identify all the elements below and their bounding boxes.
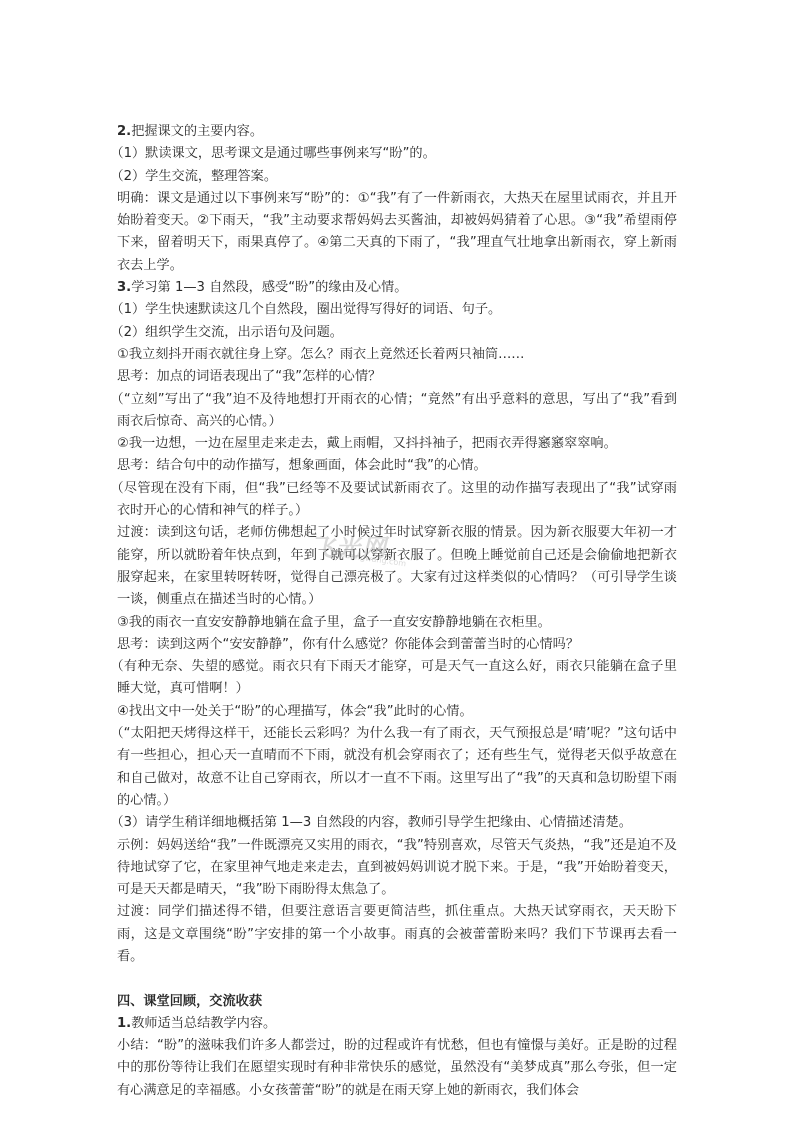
- section-heading: 四、课堂回顾，交流收获: [117, 991, 677, 1013]
- paragraph: （有种无奈、失望的感觉。雨衣只有下雨天才能穿，可是天气一直这么好，雨衣只能躺在盒…: [117, 656, 677, 701]
- paragraph: ②我一边想，一边在屋里走来走去，戴上雨帽，又抖抖袖子，把雨衣弄得窸窸窣窣响。: [117, 433, 677, 455]
- paragraph: 明确：课文是通过以下事例来写“盼”的：①“我”有了一件新雨衣，大热天在屋里试雨衣…: [117, 188, 677, 277]
- paragraph: ①我立刻抖开雨衣就往身上穿。怎么？雨衣上竟然还长着两只袖筒……: [117, 344, 677, 366]
- paragraph: （尽管现在没有下雨，但“我”已经等不及要试试新雨衣了。这里的动作描写表现出了“我…: [117, 478, 677, 523]
- document-page: 2.把握课文的主要内容。 （1）默读课文，思考课文是通过哪些事例来写“盼”的。 …: [117, 121, 677, 1102]
- paragraph: （1）学生快速默读这几个自然段，圈出觉得写得好的词语、句子。: [117, 299, 677, 321]
- paragraph: 思考：结合句中的动作描写，想象画面，体会此时“我”的心情。: [117, 455, 677, 477]
- step-2-heading: 2.把握课文的主要内容。: [117, 121, 677, 143]
- paragraph: （“立刻”写出了“我”迫不及待地想打开雨衣的心情；“竟然”有出乎意料的意思，写出…: [117, 389, 677, 434]
- paragraph: （2）组织学生交流，出示语句及问题。: [117, 322, 677, 344]
- paragraph: 过渡：同学们描述得不错，但要注意语言要更简洁些，抓住重点。大热天试穿雨衣，天天盼…: [117, 901, 677, 968]
- paragraph: （“太阳把天烤得这样干，还能长云彩吗？为什么我一有了雨衣，天气预报总是‘晴’呢？…: [117, 723, 677, 812]
- paragraph: （1）默读课文，思考课文是通过哪些事例来写“盼”的。: [117, 143, 677, 165]
- step-3-heading: 3.学习第 1—3 自然段，感受“盼”的缘由及心情。: [117, 277, 677, 299]
- paragraph: （3）请学生稍详细地概括第 1—3 自然段的内容，教师引导学生把缘由、心情描述清…: [117, 812, 677, 834]
- step-1-heading: 1.教师适当总结教学内容。: [117, 1013, 677, 1035]
- paragraph: 小结：“盼”的滋味我们许多人都尝过，盼的过程或许有忧愁，但也有憧憬与美好。正是盼…: [117, 1035, 677, 1102]
- paragraph: 过渡：读到这句话，老师仿佛想起了小时候过年时试穿新衣服的情景。因为新衣服要大年初…: [117, 522, 677, 611]
- paragraph: 示例：妈妈送给“我”一件既漂亮又实用的雨衣，“我”特别喜欢，尽管天气炎热，“我”…: [117, 835, 677, 902]
- paragraph: 思考：读到这两个“安安静静”，你有什么感觉？你能体会到蕾蕾当时的心情吗？: [117, 634, 677, 656]
- spacer: [117, 968, 677, 990]
- paragraph: （2）学生交流，整理答案。: [117, 166, 677, 188]
- paragraph: 思考：加点的词语表现出了“我”怎样的心情？: [117, 366, 677, 388]
- paragraph: ③我的雨衣一直安安静静地躺在盒子里，盒子一直安安静静地躺在衣柜里。: [117, 612, 677, 634]
- paragraph: ④找出文中一处关于“盼”的心理描写，体会“我”此时的心情。: [117, 701, 677, 723]
